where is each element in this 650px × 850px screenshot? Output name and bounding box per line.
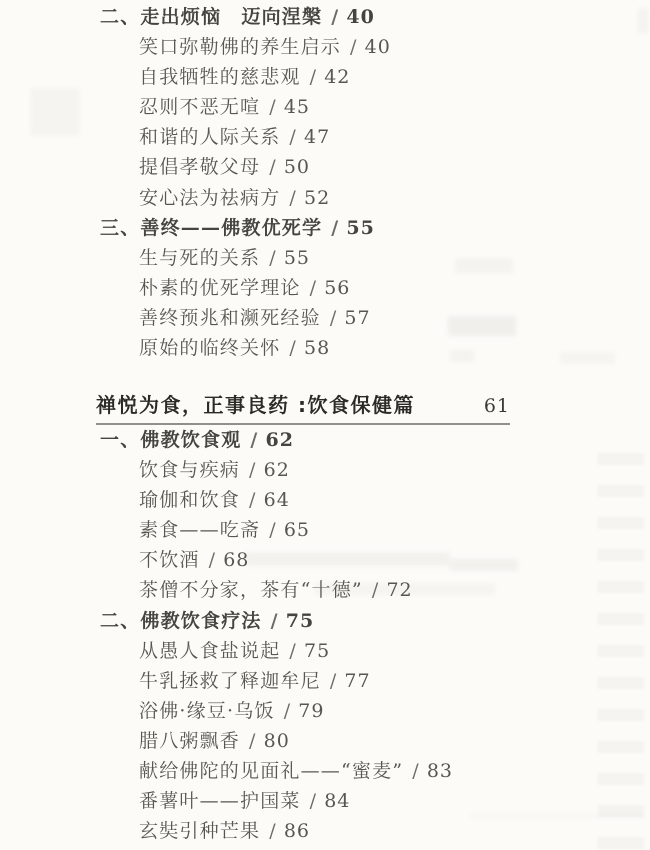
- toc-entry-separator: /: [250, 429, 258, 451]
- toc-entry: 原始的临终关怀/58: [0, 333, 650, 363]
- toc-entry: 浴佛·缘豆·乌饭/79: [0, 696, 650, 726]
- toc-entry: 牛乳拯救了释迦牟尼/77: [0, 666, 650, 696]
- toc-entry-title: 饮食与疾病: [139, 459, 240, 481]
- toc-entry-separator: /: [350, 36, 358, 58]
- toc-entry-separator: /: [209, 549, 217, 571]
- toc-entry: 提倡孝敬父母/50: [0, 152, 650, 182]
- toc-entry-separator: /: [269, 247, 277, 269]
- toc-entry-separator: /: [269, 96, 277, 118]
- toc-entry: 玄奘引种芒果/86: [0, 816, 650, 846]
- toc-entry: 自我牺牲的慈悲观/42: [0, 62, 650, 92]
- toc-entry-page: 50: [284, 156, 310, 178]
- toc-entry-separator: /: [289, 640, 297, 662]
- toc-entry-separator: /: [330, 307, 338, 329]
- toc-entry: 献给佛陀的见面礼——“蜜麦”/83: [0, 756, 650, 786]
- toc-entry-separator: /: [271, 610, 279, 632]
- toc-list-bottom: 一、佛教饮食观/62饮食与疾病/62瑜伽和饮食/64素食——吃斋/65不饮酒/6…: [0, 425, 650, 846]
- toc-entry: 和谐的人际关系/47: [0, 122, 650, 152]
- toc-entry: 一、佛教饮食观/62: [0, 425, 650, 455]
- toc-entry-page: 55: [284, 247, 310, 269]
- toc-list-top: 二、走出烦恼 迈向涅槃/40笑口弥勒佛的养生启示/40自我牺牲的慈悲观/42忍则…: [0, 2, 650, 363]
- toc-entry-page: 42: [324, 66, 350, 88]
- toc-entry-title: 腊八粥飘香: [139, 730, 240, 752]
- toc-entry-page: 72: [386, 579, 412, 601]
- toc-entry-title: 玄奘引种芒果: [139, 820, 260, 842]
- toc-entry-page: 58: [304, 337, 330, 359]
- toc-entry-title: 二、佛教饮食疗法: [100, 610, 262, 632]
- toc-entry-title: 浴佛·缘豆·乌饭: [139, 700, 275, 722]
- toc-entry-separator: /: [412, 760, 420, 782]
- toc-entry-title: 善终预兆和濒死经验: [139, 307, 321, 329]
- toc-entry-title: 笑口弥勒佛的养生启示: [139, 36, 341, 58]
- toc-entry-title: 安心法为祛病方: [139, 187, 280, 209]
- toc-entry-separator: /: [289, 187, 297, 209]
- toc-entry-page: 40: [346, 6, 374, 28]
- toc-entry-page: 75: [304, 640, 330, 662]
- toc-entry-page: 45: [284, 96, 310, 118]
- toc-entry-separator: /: [330, 670, 338, 692]
- toc-entry-title: 二、走出烦恼 迈向涅槃: [100, 6, 322, 28]
- toc-entry-page: 64: [264, 489, 290, 511]
- toc-entry-separator: /: [331, 217, 339, 239]
- toc-entry-title: 素食——吃斋: [139, 519, 260, 541]
- toc-entry-separator: /: [249, 459, 257, 481]
- part-header: 禅悦为食，正事良药 :饮食保健篇 61: [96, 389, 510, 425]
- toc-entry: 茶僧不分家，茶有“十德”/72: [0, 575, 650, 605]
- toc-entry: 二、佛教饮食疗法/75: [0, 606, 650, 636]
- toc-entry: 安心法为祛病方/52: [0, 183, 650, 213]
- toc-entry: 笑口弥勒佛的养生启示/40: [0, 32, 650, 62]
- toc-entry-separator: /: [310, 790, 318, 812]
- toc-entry-separator: /: [269, 156, 277, 178]
- toc-entry-separator: /: [249, 489, 257, 511]
- toc-entry-separator: /: [372, 579, 380, 601]
- toc-entry-page: 40: [365, 36, 391, 58]
- toc-entry-title: 原始的临终关怀: [139, 337, 280, 359]
- toc-entry-title: 自我牺牲的慈悲观: [139, 66, 301, 88]
- toc-entry-title: 瑜伽和饮食: [139, 489, 240, 511]
- toc-entry-title: 从愚人食盐说起: [139, 640, 280, 662]
- toc-entry: 忍则不恶无喧/45: [0, 92, 650, 122]
- toc-entry: 朴素的优死学理论/56: [0, 273, 650, 303]
- toc-entry: 饮食与疾病/62: [0, 455, 650, 485]
- toc-entry: 生与死的关系/55: [0, 243, 650, 273]
- toc-entry-title: 一、佛教饮食观: [100, 429, 241, 451]
- toc-entry-page: 56: [324, 277, 350, 299]
- toc-entry: 从愚人食盐说起/75: [0, 636, 650, 666]
- scanned-toc-page: 二、走出烦恼 迈向涅槃/40笑口弥勒佛的养生启示/40自我牺牲的慈悲观/42忍则…: [0, 0, 650, 850]
- toc-entry-title: 生与死的关系: [139, 247, 260, 269]
- part-title: 禅悦为食，正事良药 :饮食保健篇: [96, 389, 415, 418]
- toc-entry-page: 68: [223, 549, 249, 571]
- toc-entry-page: 84: [324, 790, 350, 812]
- toc-entry: 三、善终——佛教优死学/55: [0, 213, 650, 243]
- toc-entry: 瑜伽和饮食/64: [0, 485, 650, 515]
- toc-entry-separator: /: [269, 820, 277, 842]
- toc-entry-title: 三、善终——佛教优死学: [100, 217, 322, 239]
- toc-entry: 善终预兆和濒死经验/57: [0, 303, 650, 333]
- toc-entry-page: 47: [304, 126, 330, 148]
- toc-entry-separator: /: [289, 126, 297, 148]
- toc-entry-separator: /: [310, 66, 318, 88]
- toc-entry-separator: /: [249, 730, 257, 752]
- toc-entry-title: 牛乳拯救了释迦牟尼: [139, 670, 321, 692]
- toc-entry-separator: /: [289, 337, 297, 359]
- toc-entry-title: 朴素的优死学理论: [139, 277, 301, 299]
- toc-entry: 番薯叶——护国菜/84: [0, 786, 650, 816]
- toc-entry-page: 52: [304, 187, 330, 209]
- toc-entry: 不饮酒/68: [0, 545, 650, 575]
- toc-entry-title: 献给佛陀的见面礼——“蜜麦”: [139, 760, 403, 782]
- toc-entry-separator: /: [331, 6, 339, 28]
- part-page-number: 61: [484, 395, 510, 417]
- toc-entry-page: 57: [344, 307, 370, 329]
- toc-entry-page: 77: [344, 670, 370, 692]
- toc-entry-title: 不饮酒: [139, 549, 200, 571]
- toc-entry-title: 和谐的人际关系: [139, 126, 280, 148]
- toc-entry: 素食——吃斋/65: [0, 515, 650, 545]
- toc-entry-page: 83: [427, 760, 453, 782]
- toc-entry-page: 62: [266, 429, 294, 451]
- toc-entry-page: 80: [264, 730, 290, 752]
- toc-entry-title: 茶僧不分家，茶有“十德”: [139, 579, 363, 601]
- toc-entry: 二、走出烦恼 迈向涅槃/40: [0, 2, 650, 32]
- toc-entry-separator: /: [310, 277, 318, 299]
- toc-entry-title: 忍则不恶无喧: [139, 96, 260, 118]
- toc-entry-page: 65: [284, 519, 310, 541]
- toc-entry-page: 79: [298, 700, 324, 722]
- toc-entry-separator: /: [269, 519, 277, 541]
- toc-entry-page: 55: [346, 217, 374, 239]
- toc-entry-title: 提倡孝敬父母: [139, 156, 260, 178]
- toc-entry-separator: /: [284, 700, 292, 722]
- toc-entry-page: 62: [264, 459, 290, 481]
- toc-entry-page: 86: [284, 820, 310, 842]
- toc-entry-title: 番薯叶——护国菜: [139, 790, 301, 812]
- toc-entry: 腊八粥飘香/80: [0, 726, 650, 756]
- toc-entry-page: 75: [286, 610, 314, 632]
